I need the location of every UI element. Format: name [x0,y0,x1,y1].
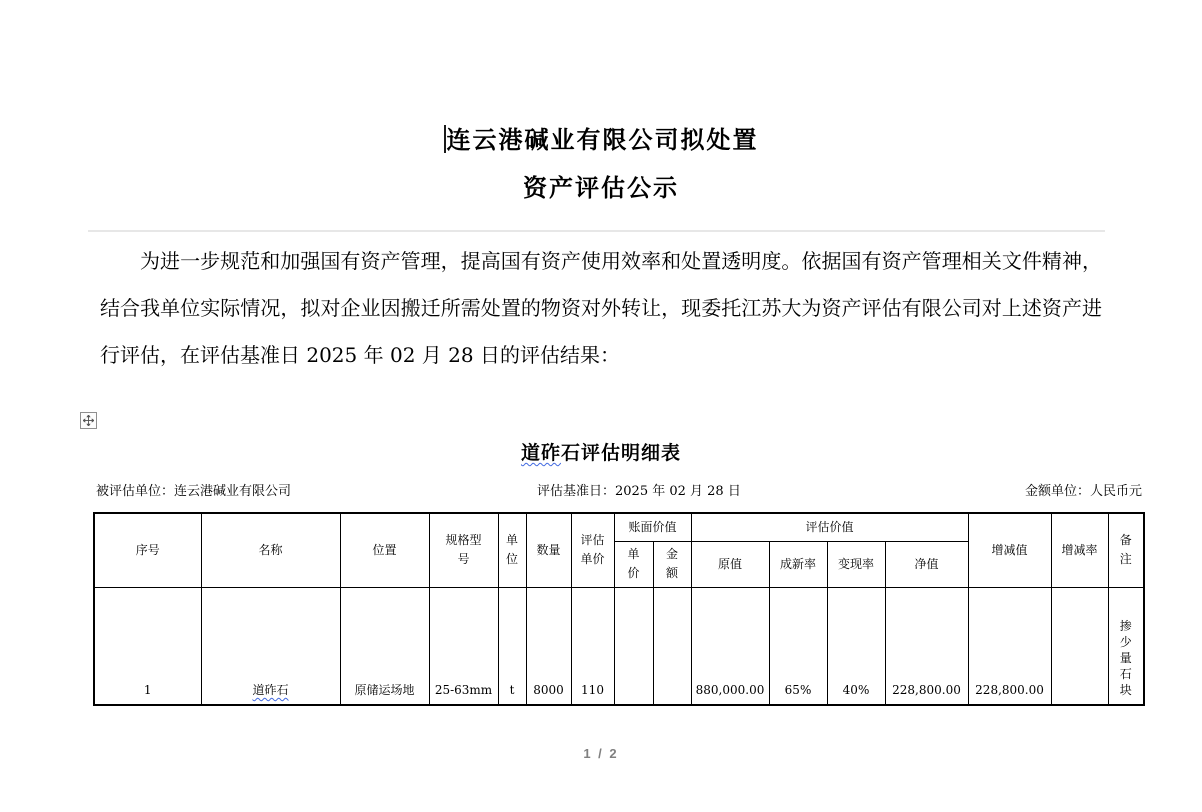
cell-net-value: 228,800.00 [885,587,968,705]
cell-name: 道砟石 [201,587,340,705]
doc-title-line2: 资产评估公示 [0,172,1202,204]
section-divider [88,230,1105,232]
cell-book-unit-price [614,587,653,705]
col-header-remark: 备 注 [1108,513,1144,587]
cell-change-value: 228,800.00 [968,587,1051,705]
cell-realization-rate: 40% [827,587,885,705]
col-header-net-value: 净值 [885,541,968,587]
col-header-change-rate: 增减率 [1051,513,1108,587]
base-date-label: 评估基准日：2025 年 02 月 28 日 [537,483,741,501]
col-group-assess-value: 评估价值 [691,513,968,541]
col-header-realization-rate: 变现率 [827,541,885,587]
assessed-unit-label: 被评估单位：连云港碱业有限公司 [96,483,291,501]
col-header-location: 位置 [340,513,429,587]
doc-title-line1: 连云港碱业有限公司拟处置 [0,124,1202,156]
currency-unit-label: 金额单位：人民币元 [1025,483,1142,501]
cell-spec: 25-63mm [429,587,498,705]
col-header-assess-unit-price: 评估 单价 [571,513,614,587]
move-cross-icon [83,411,94,430]
col-header-seq: 序号 [94,513,201,587]
cell-change-rate [1051,587,1108,705]
col-header-original-value: 原值 [691,541,769,587]
col-header-quantity: 数量 [526,513,571,587]
table-title: 道砟石评估明细表 [0,438,1202,465]
cell-name-misspelled-text: 道砟石 [252,683,288,697]
cell-remark: 掺 少 量 石 块 [1108,587,1144,705]
body-paragraph: 为进一步规范和加强国有资产管理，提高国有资产使用效率和处置透明度。依据国有资产管… [100,238,1102,379]
col-header-newness-rate: 成新率 [769,541,827,587]
col-header-book-unit-price: 单 价 [614,541,653,587]
cell-original-value: 880,000.00 [691,587,769,705]
table-title-rest: 石评估明细表 [561,442,681,464]
cell-location: 原储运场地 [340,587,429,705]
cell-quantity: 8000 [526,587,571,705]
cell-unit: t [498,587,526,705]
col-header-book-amount: 金 额 [653,541,691,587]
table-move-handle[interactable] [80,412,97,429]
table-row: 1 道砟石 原储运场地 25-63mm t 8000 110 880,000.0… [94,587,1144,705]
col-group-book-value: 账面价值 [614,513,691,541]
col-header-spec: 规格型 号 [429,513,498,587]
page-indicator: 1 / 2 [0,746,1202,761]
cell-newness-rate: 65% [769,587,827,705]
document-page: 连云港碱业有限公司拟处置 资产评估公示 为进一步规范和加强国有资产管理，提高国有… [0,0,1202,812]
table-meta-row: 被评估单位：连云港碱业有限公司 评估基准日：2025 年 02 月 28 日 金… [96,483,1142,501]
text-cursor [444,125,446,153]
col-header-unit: 单 位 [498,513,526,587]
table-title-misspelled-part: 道砟 [521,442,561,464]
col-header-name: 名称 [201,513,340,587]
cell-assess-unit-price: 110 [571,587,614,705]
doc-title-line1-text: 连云港碱业有限公司拟处置 [447,125,759,154]
assessment-detail-table: 序号 名称 位置 规格型 号 单 位 数量 评估 单价 账面价值 评估价值 增减… [93,512,1145,706]
col-header-change-value: 增减值 [968,513,1051,587]
cell-seq: 1 [94,587,201,705]
cell-book-amount [653,587,691,705]
